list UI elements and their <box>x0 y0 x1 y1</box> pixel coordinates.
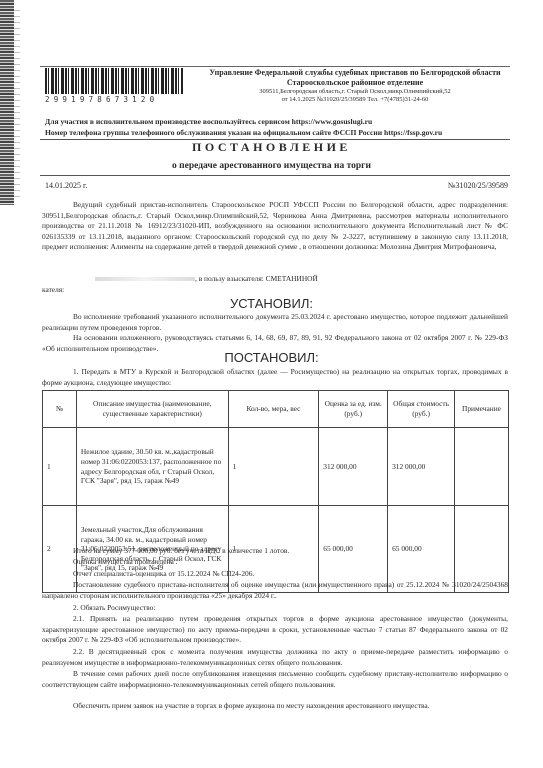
cell-unit-price: 312 000,00 <box>319 428 388 506</box>
col-total: Общая стоимость (руб.) <box>388 391 455 428</box>
scan-edge-artifact <box>14 10 20 200</box>
doc-date: 14.01.2025 г. <box>45 181 87 190</box>
p22-paragraph: 2.2. В десятидневный срок с момента полу… <box>42 647 508 668</box>
col-number: № <box>43 391 77 428</box>
cell-number: 1 <box>43 428 77 506</box>
resolved-heading: ПОСТАНОВИЛ: <box>35 350 508 365</box>
barcode-image <box>45 68 183 94</box>
creditor-line: , в пользу взыскателя: СМЕТАНИНОЙ <box>95 274 495 285</box>
scan-edge-artifact <box>0 0 14 205</box>
ensure-paragraph: Обеспечить прием заявок на участие в тор… <box>42 701 508 712</box>
resolved-p1: 1. Передать в МТУ в Курской и Белгородск… <box>42 367 508 388</box>
valuation-line: Оценка имущества произведена . <box>73 557 508 568</box>
established-heading: УСТАНОВИЛ: <box>35 296 508 311</box>
col-note: Примечание <box>455 391 509 428</box>
redacted-text <box>95 277 195 281</box>
report-line: Отчет специалиста-оценщика от 15.12.2024… <box>73 569 508 580</box>
org-header: Управление Федеральной службы судебных п… <box>205 68 505 104</box>
table-row: 1 Нежилое здание, 30.50 кв. м.,кадастров… <box>43 428 509 506</box>
org-department: Старооскольское районное отделение <box>205 78 505 88</box>
total-line: Итого на сумму 377 000,00 руб. без учета… <box>73 546 508 557</box>
col-quantity: Кол-во, мера, вес <box>228 391 319 428</box>
divider <box>40 175 510 176</box>
creditor-tail: кателя: <box>42 285 508 296</box>
established-p1: Во исполнение требований указанного испо… <box>42 312 508 333</box>
intro-paragraph: Ведущий судебный пристав-исполнитель Ста… <box>42 200 508 253</box>
doc-title: ПОСТАНОВЛЕНИЕ <box>35 140 508 155</box>
p21-paragraph: 2.1. Принять на реализацию путем проведе… <box>42 614 508 646</box>
org-name: Управление Федеральной службы судебных п… <box>205 68 505 78</box>
org-address: 309511,Белгородская область,г. Старый Ос… <box>205 88 505 96</box>
gosuslugi-note: Для участия в исполнительном производств… <box>45 117 515 126</box>
barcode-number: 2991978673120 <box>45 95 185 104</box>
divider <box>40 66 510 67</box>
col-description: Описание имущества (наименование, сущест… <box>76 391 228 428</box>
cell-description: Нежилое здание, 30.50 кв. м.,кадастровый… <box>76 428 228 506</box>
col-unit-price: Оценка за ед. изм. (руб.) <box>319 391 388 428</box>
table-header-row: № Описание имущества (наименование, суще… <box>43 391 509 428</box>
notify-paragraph: В течение семи рабочих дней после опубли… <box>42 669 508 690</box>
doc-number: №31020/25/39589 <box>448 181 508 190</box>
phone-note: Номер телефона группы телефонного обслуж… <box>45 128 515 137</box>
doc-subtitle: о передаче арестованного имущества на то… <box>35 161 508 171</box>
cell-note <box>455 428 509 506</box>
cell-total: 312 000,00 <box>388 428 455 506</box>
decision-paragraph: Постановление судебного пристава-исполни… <box>42 580 508 601</box>
cell-quantity: 1 <box>228 428 319 506</box>
org-ref: от 14.1.2025 №31020/25/39589 Тел. +7(478… <box>205 96 505 104</box>
oblige-line: 2. Обязать Росимущество: <box>73 603 508 614</box>
